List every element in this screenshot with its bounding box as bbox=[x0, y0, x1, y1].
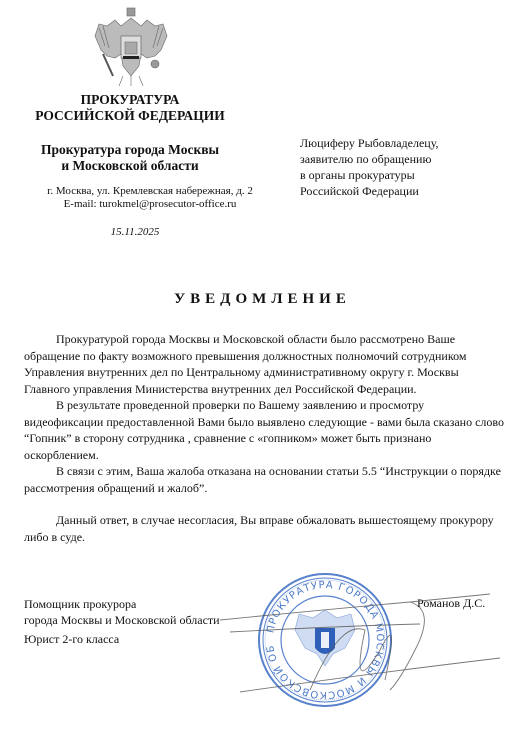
document-body: Прокуратурой города Москвы и Московской … bbox=[24, 331, 504, 545]
org-name: ПРОКУРАТУРА РОССИЙСКОЙ ФЕДЕРАЦИИ bbox=[0, 92, 260, 124]
position-line-2: города Москвы и Московской области bbox=[24, 612, 220, 628]
signer-rank: Юрист 2-го класса bbox=[24, 631, 220, 647]
recipient-line: заявителю по обращению bbox=[300, 151, 439, 167]
office-line-2: и Московской области bbox=[0, 158, 260, 174]
org-line-1: ПРОКУРАТУРА bbox=[0, 92, 260, 108]
org-line-2: РОССИЙСКОЙ ФЕДЕРАЦИИ bbox=[0, 108, 260, 124]
position-line-1: Помощник прокурора bbox=[24, 596, 220, 612]
recipient-line: Люциферу Рыбовладелецу, bbox=[300, 135, 439, 151]
office-contacts: г. Москва, ул. Кремлевская набережная, д… bbox=[40, 185, 260, 211]
paragraph: В связи с этим, Ваша жалоба отказана на … bbox=[24, 463, 504, 496]
office-name: Прокуратура города Москвы и Московской о… bbox=[0, 142, 260, 174]
document-title: УВЕДОМЛЕНИЕ bbox=[0, 291, 525, 308]
paragraph: Данный ответ, в случае несогласия, Вы вп… bbox=[24, 512, 504, 545]
office-email: E-mail: turokmel@prosecutor-office.ru bbox=[40, 198, 260, 211]
signer-name: Романов Д.С. bbox=[417, 596, 485, 611]
recipient-line: Российской Федерации bbox=[300, 183, 439, 199]
office-address: г. Москва, ул. Кремлевская набережная, д… bbox=[40, 185, 260, 198]
recipient-block: Люциферу Рыбовладелецу, заявителю по обр… bbox=[300, 135, 439, 199]
paragraph: Прокуратурой города Москвы и Московской … bbox=[24, 331, 504, 397]
coat-of-arms-icon bbox=[93, 6, 169, 88]
signer-position: Помощник прокурора города Москвы и Моско… bbox=[24, 596, 220, 647]
office-line-1: Прокуратура города Москвы bbox=[0, 142, 260, 158]
official-stamp-icon: ПРОКУРАТУРА ГОРОДА МОСКВЫ И МОСКОВСКОЙ О… bbox=[255, 570, 395, 710]
document-date: 15.11.2025 bbox=[70, 226, 200, 238]
recipient-line: в органы прокуратуры bbox=[300, 167, 439, 183]
paragraph: В результате проведенной проверки по Ваш… bbox=[24, 397, 504, 463]
